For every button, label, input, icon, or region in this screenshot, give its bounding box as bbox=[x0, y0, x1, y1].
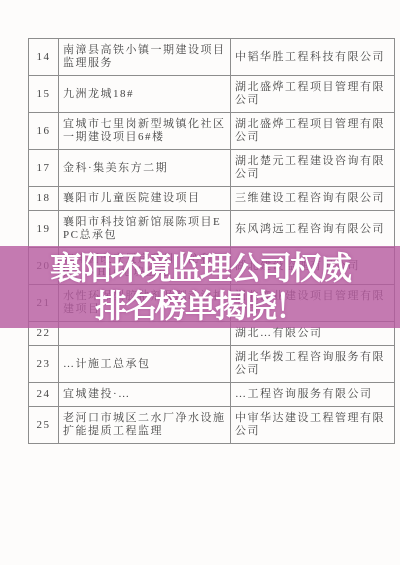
project-cell: 九洲龙城18# bbox=[59, 76, 231, 113]
company-cell: 湖北盛烨工程项目管理有限公司 bbox=[231, 113, 395, 150]
table-body: 14南漳县高铁小镇一期建设项目监理服务中韬华胜工程科技有限公司15九洲龙城18#… bbox=[29, 39, 395, 444]
project-cell: 襄阳市科技馆新馆展陈项目EPC总承包 bbox=[59, 211, 231, 248]
rank-cell: 18 bbox=[29, 187, 59, 211]
company-cell: 湖北华拨工程咨询服务有限公司 bbox=[231, 346, 395, 383]
table-row: 14南漳县高铁小镇一期建设项目监理服务中韬华胜工程科技有限公司 bbox=[29, 39, 395, 76]
rank-cell: 23 bbox=[29, 346, 59, 383]
table-row: 15九洲龙城18#湖北盛烨工程项目管理有限公司 bbox=[29, 76, 395, 113]
table-row: 18襄阳市儿童医院建设项目三维建设工程咨询有限公司 bbox=[29, 187, 395, 211]
table-row: 16宜城市七里岗新型城镇化社区一期建设项目6#楼湖北盛烨工程项目管理有限公司 bbox=[29, 113, 395, 150]
rank-cell: 17 bbox=[29, 150, 59, 187]
rank-cell: 19 bbox=[29, 211, 59, 248]
rank-cell: 15 bbox=[29, 76, 59, 113]
project-cell: 宜城建投·… bbox=[59, 383, 231, 407]
project-cell: 金科·集美东方二期 bbox=[59, 150, 231, 187]
table-row: 23…计施工总承包湖北华拨工程咨询服务有限公司 bbox=[29, 346, 395, 383]
photo-background: 14南漳县高铁小镇一期建设项目监理服务中韬华胜工程科技有限公司15九洲龙城18#… bbox=[0, 0, 400, 565]
ranking-table: 14南漳县高铁小镇一期建设项目监理服务中韬华胜工程科技有限公司15九洲龙城18#… bbox=[28, 38, 395, 444]
project-cell: 襄阳市儿童医院建设项目 bbox=[59, 187, 231, 211]
banner-title-line1: 襄阳环境监理公司权威 bbox=[50, 249, 350, 287]
table-row: 24宜城建投·……工程咨询服务有限公司 bbox=[29, 383, 395, 407]
project-cell: 老河口市城区二水厂净水设施扩能提质工程监理 bbox=[59, 407, 231, 444]
rank-cell: 24 bbox=[29, 383, 59, 407]
rank-cell: 14 bbox=[29, 39, 59, 76]
company-cell: 三维建设工程咨询有限公司 bbox=[231, 187, 395, 211]
rank-cell: 25 bbox=[29, 407, 59, 444]
project-cell: 南漳县高铁小镇一期建设项目监理服务 bbox=[59, 39, 231, 76]
table-row: 25老河口市城区二水厂净水设施扩能提质工程监理中审华达建设工程管理有限公司 bbox=[29, 407, 395, 444]
company-cell: 中审华达建设工程管理有限公司 bbox=[231, 407, 395, 444]
company-cell: 湖北楚元工程建设咨询有限公司 bbox=[231, 150, 395, 187]
table-row: 17金科·集美东方二期湖北楚元工程建设咨询有限公司 bbox=[29, 150, 395, 187]
rank-cell: 16 bbox=[29, 113, 59, 150]
table-row: 19襄阳市科技馆新馆展陈项目EPC总承包东风鸿远工程咨询有限公司 bbox=[29, 211, 395, 248]
promo-banner: 襄阳环境监理公司权威 排名榜单揭晓！ bbox=[0, 246, 400, 328]
company-cell: 湖北盛烨工程项目管理有限公司 bbox=[231, 76, 395, 113]
company-cell: …工程咨询服务有限公司 bbox=[231, 383, 395, 407]
banner-title-line2: 排名榜单揭晓！ bbox=[95, 287, 305, 325]
company-cell: 东风鸿远工程咨询有限公司 bbox=[231, 211, 395, 248]
project-cell: …计施工总承包 bbox=[59, 346, 231, 383]
project-cell: 宜城市七里岗新型城镇化社区一期建设项目6#楼 bbox=[59, 113, 231, 150]
company-cell: 中韬华胜工程科技有限公司 bbox=[231, 39, 395, 76]
